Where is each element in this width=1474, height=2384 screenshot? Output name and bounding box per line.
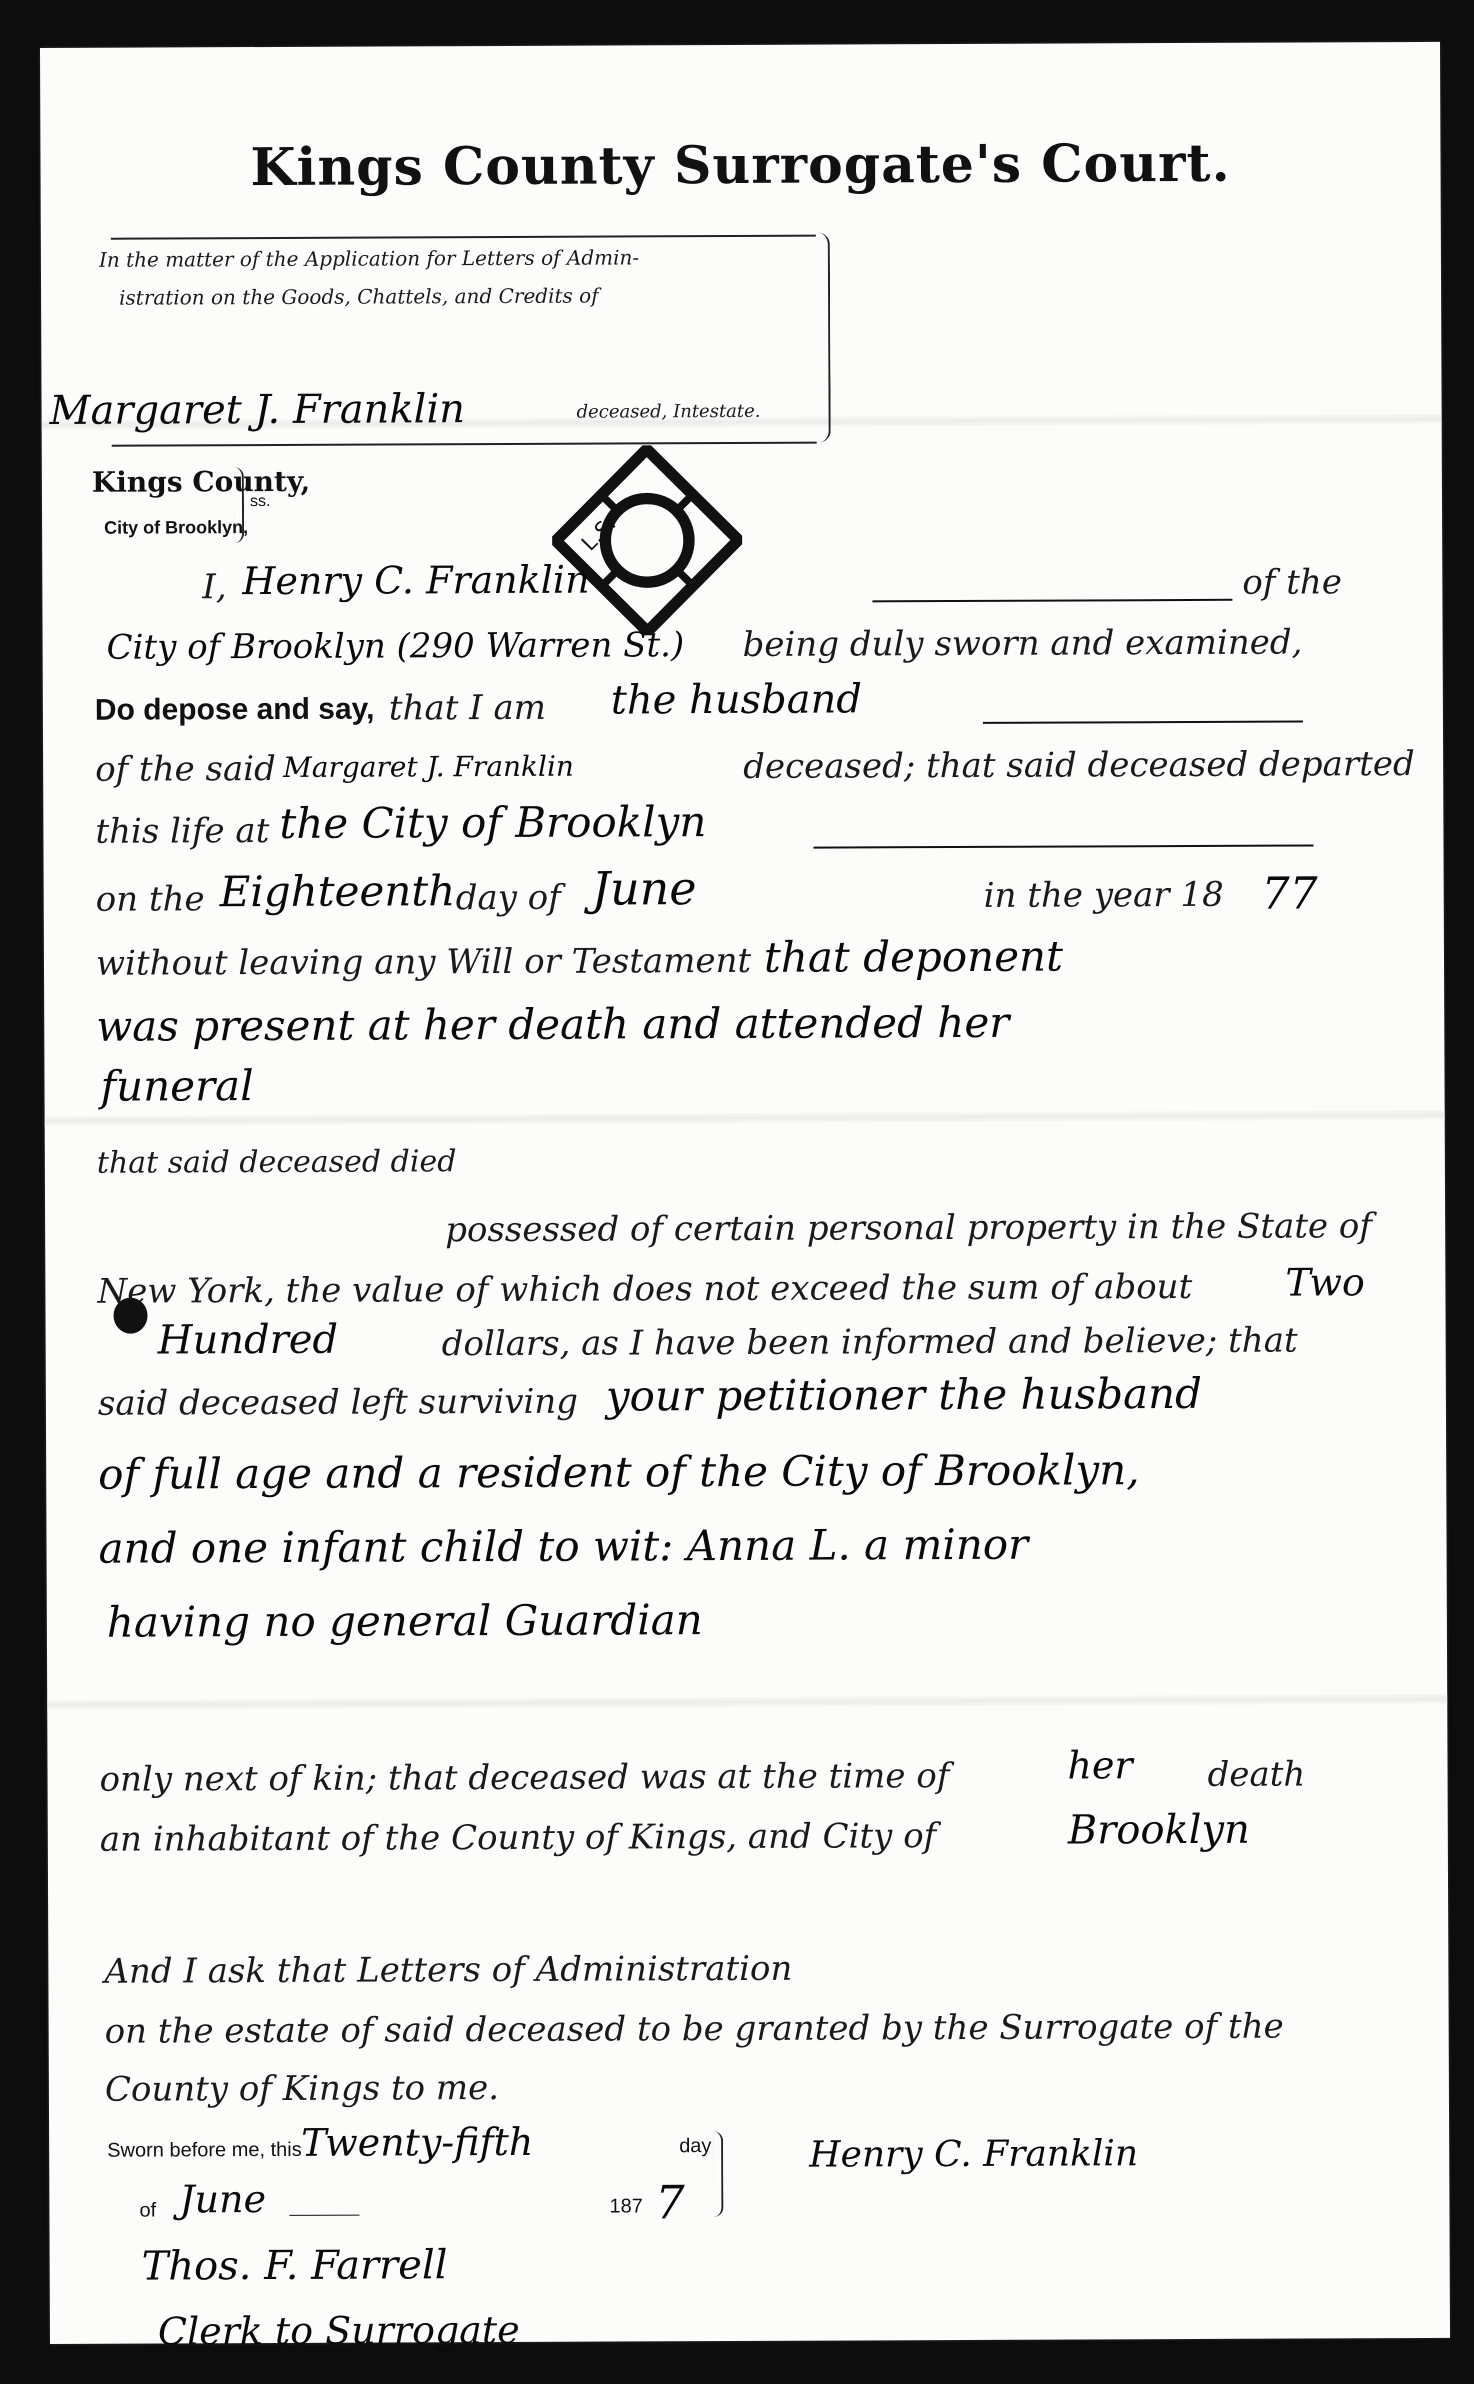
pronoun-field: her [1067, 1743, 1132, 1787]
fill-line [289, 2215, 359, 2216]
jurat-day-field: Twenty-fifth [301, 2120, 533, 2165]
officer-signature: Thos. F. Farrell [142, 2242, 448, 2289]
body-printed: on the estate of said deceased to be gra… [105, 2007, 1284, 2052]
caption-line-1: In the matter of the Application for Let… [99, 245, 639, 271]
jurat-day-label: day [679, 2135, 711, 2158]
body-printed: possessed of certain personal property i… [445, 1206, 1372, 1250]
caption-suffix: deceased, Intestate. [577, 401, 761, 423]
seal-icon: L.S. [552, 445, 743, 636]
body-printed: this life at [95, 811, 269, 852]
jurat-sworn-label: Sworn before me, this [107, 2139, 302, 2163]
body-printed: of the said [95, 749, 276, 790]
survivors-field: and one infant child to wit: Anna L. a m… [98, 1520, 1028, 1573]
venue-county: Kings County, [92, 465, 311, 499]
body-printed: deceased; that said deceased departed [743, 744, 1415, 787]
body-printed: an inhabitant of the County of Kings, an… [100, 1816, 937, 1860]
statement-field: funeral [100, 1061, 253, 1111]
venue-ss: ss. [250, 493, 271, 511]
body-printed: being duly sworn and examined, [743, 622, 1303, 664]
depose-heading: Do depose and say, [95, 693, 375, 728]
jurat-month-field: June [179, 2177, 266, 2221]
body-printed: on the [96, 879, 205, 919]
officer-title: Clerk to Surrogate [158, 2308, 520, 2354]
property-value-field: Two [1285, 1260, 1365, 1304]
body-printed: in the year 18 [984, 875, 1224, 916]
body-printed: that said deceased died [97, 1144, 457, 1181]
deponent-name-field: Henry C. Franklin [242, 558, 589, 604]
body-printed: I, [202, 567, 226, 607]
court-title: Kings County Surrogate's Court. [40, 132, 1440, 199]
body-printed: of the [1242, 562, 1342, 602]
residence-field: Brooklyn [1068, 1807, 1250, 1854]
fill-line [872, 599, 1232, 603]
body-printed: New York, the value of which does not ex… [97, 1267, 1192, 1312]
body-printed: that I am [389, 688, 546, 729]
document-page: Kings County Surrogate's Court. In the m… [40, 42, 1450, 2344]
survivors-field: your petitioner the husband [606, 1369, 1202, 1421]
deponent-signature: Henry C. Franklin [809, 2133, 1138, 2175]
place-of-death-field: the City of Brooklyn [279, 797, 706, 848]
venue-city: City of Brooklyn, [104, 517, 248, 539]
death-month-field: June [592, 861, 697, 915]
residence-field: City of Brooklyn (290 Warren St.) [107, 625, 685, 668]
body-printed: said deceased left surviving [98, 1382, 578, 1424]
body-printed: death [1207, 1754, 1305, 1794]
survivors-field: of full age and a resident of the City o… [98, 1445, 1140, 1499]
venue-brace [234, 467, 244, 543]
relationship-field: the husband [611, 676, 862, 723]
survivors-field: having no general Guardian [107, 1595, 703, 1647]
jurat-year-field: 7 [655, 2175, 685, 2229]
paper-fold [45, 1110, 1445, 1126]
property-value-field: Hundred [158, 1317, 339, 1364]
jurat-brace [713, 2131, 723, 2217]
body-printed: And I ask that Letters of Administration [104, 1949, 792, 1992]
statement-field: that deponent [764, 932, 1063, 982]
body-printed: day of [456, 878, 561, 918]
body-printed: County of Kings to me. [105, 2068, 499, 2110]
fill-line [983, 720, 1303, 723]
jurat-of-label: of [139, 2200, 156, 2223]
caption-brace [816, 233, 831, 443]
body-printed: dollars, as I have been informed and bel… [442, 1321, 1298, 1365]
fill-line [813, 844, 1313, 848]
paper-fold [47, 1694, 1447, 1710]
death-day-field: Eighteenth [220, 866, 456, 916]
caption-line-2: istration on the Goods, Chattels, and Cr… [119, 284, 599, 310]
body-printed: only next of kin; that deceased was at t… [99, 1756, 949, 1800]
decedent-name: Margaret J. Franklin [49, 386, 465, 434]
ink-blot [113, 1298, 147, 1334]
deponent-signature-text: Henry C. Franklin [809, 2133, 1138, 2175]
body-printed: without leaving any Will or Testament [96, 941, 751, 984]
jurat-year-printed: 187 [609, 2195, 642, 2218]
decedent-name-field: Margaret J. Franklin [283, 750, 574, 784]
statement-field: was present at her death and attended he… [96, 998, 1009, 1051]
death-year-field: 77 [1262, 868, 1318, 919]
